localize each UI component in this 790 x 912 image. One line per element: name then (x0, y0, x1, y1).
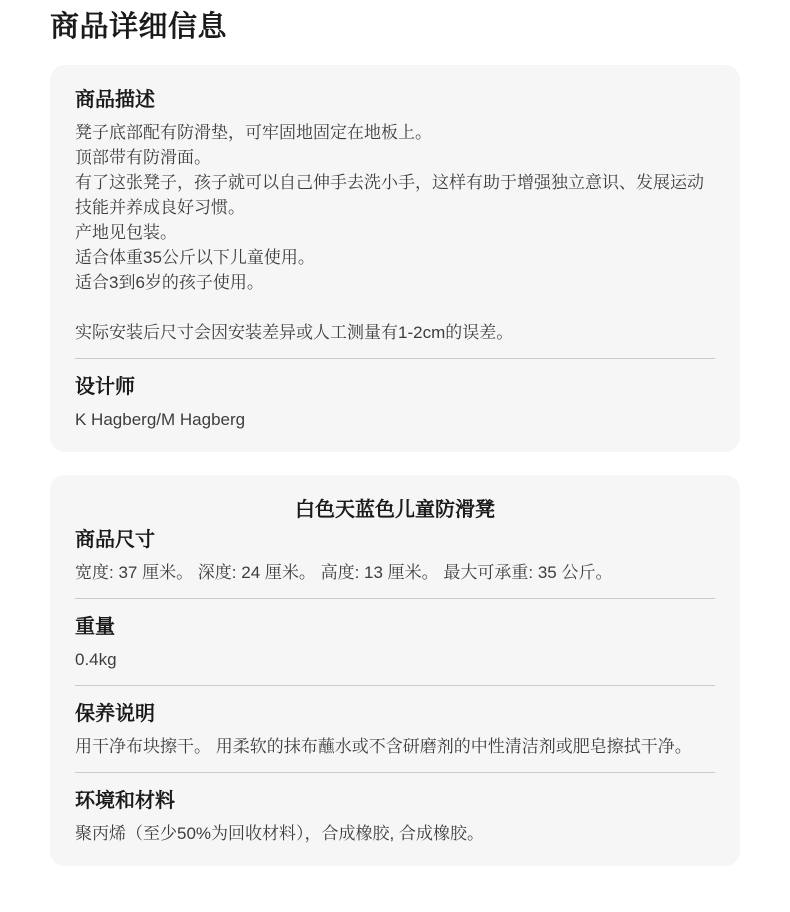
designer-name: K Hagberg/M Hagberg (75, 407, 715, 432)
product-details-card: 白色天蓝色儿童防滑凳 商品尺寸 宽度: 37 厘米。 深度: 24 厘米。 高度… (50, 475, 740, 866)
product-detail-page: 商品详细信息 商品描述 凳子底部配有防滑垫，可牢固地固定在地板上。 顶部带有防滑… (0, 0, 790, 866)
description-line: 有了这张凳子，孩子就可以自己伸手去洗小手，这样有助于增强独立意识、发展运动技能并… (75, 170, 715, 220)
description-body: 凳子底部配有防滑垫，可牢固地固定在地板上。 顶部带有防滑面。 有了这张凳子，孩子… (75, 120, 715, 345)
materials-heading: 环境和材料 (75, 788, 715, 814)
weight-heading: 重量 (75, 614, 715, 640)
measurement-tolerance-note: 实际安装后尺寸会因安装差异或人工测量有1-2cm的误差。 (75, 320, 715, 345)
product-title: 白色天蓝色儿童防滑凳 (75, 497, 715, 523)
card-gap (50, 452, 740, 475)
care-instructions-value: 用干净布块擦干。 用柔软的抹布蘸水或不含研磨剂的中性清洁剂或肥皂擦拭干净。 (75, 734, 715, 759)
care-instructions-heading: 保养说明 (75, 701, 715, 727)
dimensions-heading: 商品尺寸 (75, 527, 715, 553)
description-heading: 商品描述 (75, 87, 715, 113)
product-description-card: 商品描述 凳子底部配有防滑垫，可牢固地固定在地板上。 顶部带有防滑面。 有了这张… (50, 65, 740, 452)
dimensions-value: 宽度: 37 厘米。 深度: 24 厘米。 高度: 13 厘米。 最大可承重: … (75, 560, 715, 585)
description-line: 适合体重35公斤以下儿童使用。 (75, 245, 715, 270)
section-divider (75, 598, 715, 599)
weight-value: 0.4kg (75, 647, 715, 672)
description-line: 产地见包装。 (75, 220, 715, 245)
section-divider (75, 358, 715, 359)
section-divider (75, 772, 715, 773)
page-title: 商品详细信息 (50, 4, 740, 45)
description-line: 适合3到6岁的孩子使用。 (75, 270, 715, 295)
description-line: 顶部带有防滑面。 (75, 145, 715, 170)
designer-heading: 设计师 (75, 374, 715, 400)
materials-value: 聚丙烯（至少50%为回收材料），合成橡胶, 合成橡胶。 (75, 821, 715, 846)
section-divider (75, 685, 715, 686)
description-line: 凳子底部配有防滑垫，可牢固地固定在地板上。 (75, 120, 715, 145)
